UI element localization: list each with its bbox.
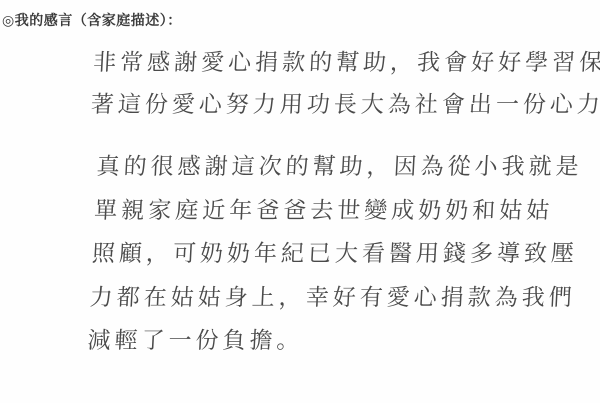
handwritten-line: 真的很感謝這次的幫助，因為從小我就是 xyxy=(95,146,583,190)
handwritten-line: 減輕了一份負擔。 xyxy=(86,320,574,364)
paragraph-family-description: 真的很感謝這次的幫助，因為從小我就是 單親家庭近年爸爸去世變成奶奶和姑姑 照顧，… xyxy=(86,146,583,364)
handwritten-line: 著這份愛心努力用功長大為社會出一份心力 xyxy=(90,84,600,126)
section-heading: ◎我的感言（含家庭描述）： xyxy=(2,10,182,30)
paragraph-thanks: 非常感謝愛心捐款的幫助，我會好好學習保持 著這份愛心努力用功長大為社會出一份心力 xyxy=(90,42,600,126)
handwritten-line: 力都在姑姑身上，幸好有愛心捐款為我們 xyxy=(89,277,577,321)
handwritten-line: 單親家庭近年爸爸去世變成奶奶和姑姑 xyxy=(93,190,581,234)
handwritten-line: 照顧，可奶奶年紀已大看醫用錢多導致壓 xyxy=(91,233,579,277)
handwritten-line: 非常感謝愛心捐款的幫助，我會好好學習保持 xyxy=(92,42,600,84)
